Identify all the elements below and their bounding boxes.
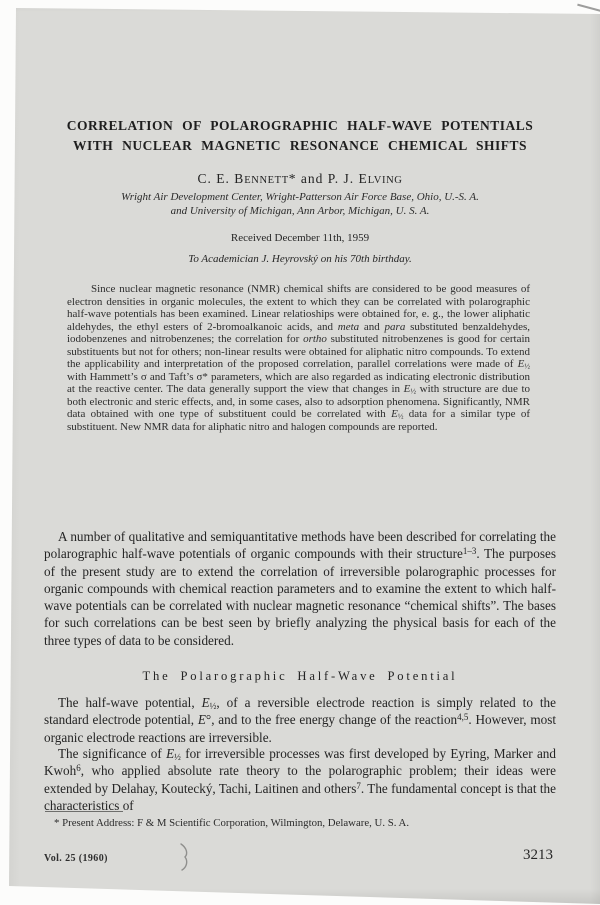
- affiliation-line-2: and University of Michigan, Ann Arbor, M…: [0, 205, 600, 219]
- pen-mark-artifact: [179, 843, 191, 871]
- abstract-paragraph: Since nuclear magnetic resonance (NMR) c…: [67, 283, 530, 433]
- received-line: Received December 11th, 1959: [0, 232, 600, 244]
- footer-volume: Vol. 25 (1960): [44, 853, 108, 864]
- article-title-line1: CORRELATION OF POLAROGRAPHIC HALF-WAVE P…: [0, 116, 600, 136]
- dedication-line: To Academician J. Heyrovský on his 70th …: [0, 253, 600, 265]
- footnote-rule: [45, 811, 123, 812]
- affiliation-block: Wright Air Development Center, Wright-Pa…: [0, 191, 600, 218]
- body-paragraph-3: The significance of E½ for irreversible …: [44, 745, 556, 814]
- body-paragraph-2: The half-wave potential, E½, of a revers…: [44, 694, 556, 746]
- article-title: CORRELATION OF POLAROGRAPHIC HALF-WAVE P…: [0, 116, 600, 156]
- body-paragraph-1: A number of qualitative and semiquantita…: [44, 528, 556, 649]
- article-title-line2: WITH NUCLEAR MAGNETIC RESONANCE CHEMICAL…: [0, 136, 600, 156]
- scanned-journal-page: { "colors": { "paper": "#dadad7", "ink":…: [0, 0, 600, 905]
- footer-page-number: 3213: [523, 847, 553, 864]
- page-corner-shadow: [577, 4, 600, 13]
- affiliation-line-1: Wright Air Development Center, Wright-Pa…: [0, 191, 600, 205]
- section-heading: The Polarographic Half-Wave Potential: [0, 669, 600, 684]
- footnote-text: * Present Address: F & M Scientific Corp…: [44, 817, 556, 829]
- authors-line: C. E. BENNETT* and P. J. ELVING: [0, 171, 600, 187]
